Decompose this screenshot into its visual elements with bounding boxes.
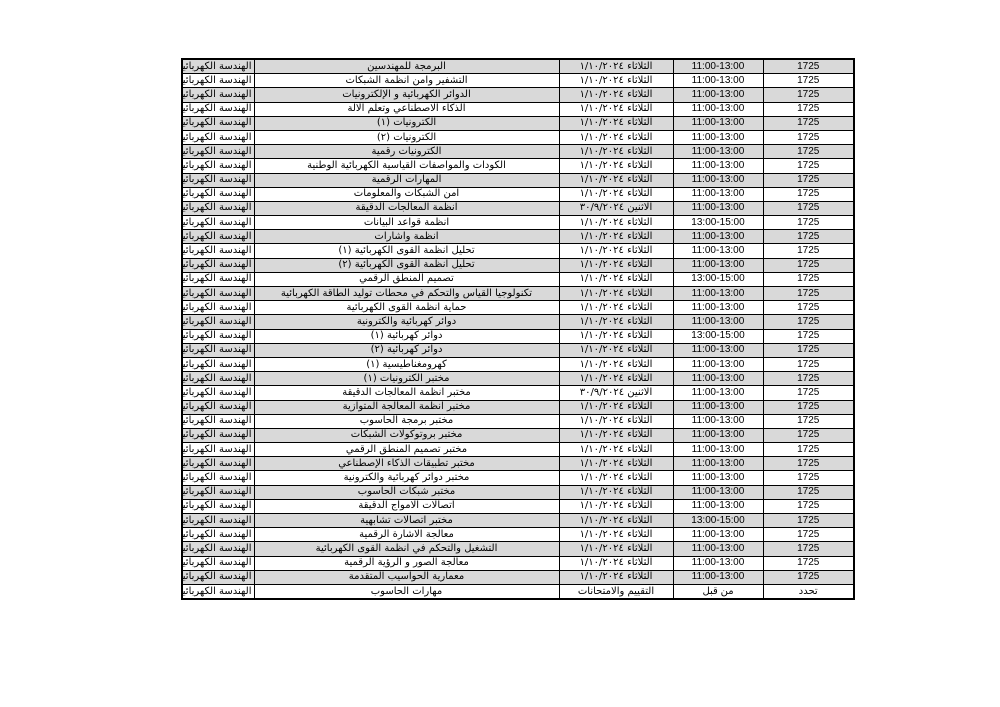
- table-row: الهندسة الكهربائيةمختبر بروتوكولات الشبك…: [182, 428, 854, 442]
- cell-exam-date: الثلاثاء ١/١٠/٢٠٢٤: [559, 145, 673, 159]
- cell-course-name: تحليل انظمة القوى الكهربائية (١): [254, 244, 559, 258]
- cell-exam-time: 11:00-13:00: [673, 428, 763, 442]
- cell-room-number: 1725: [763, 258, 854, 272]
- cell-exam-time: 11:00-13:00: [673, 102, 763, 116]
- cell-exam-time: 11:00-13:00: [673, 159, 763, 173]
- table-row: الهندسة الكهربائيةمختبر اتصالات تشابهيةا…: [182, 514, 854, 528]
- cell-course-name: معالجة الاشارة الرقمية: [254, 528, 559, 542]
- table-row: الهندسة الكهربائيةالكترونيات (٢)الثلاثاء…: [182, 130, 854, 144]
- table-row: الهندسة الكهربائيةمختبر الكترونيات (١)ال…: [182, 372, 854, 386]
- cell-room-number: 1725: [763, 329, 854, 343]
- document-page: الهندسة الكهربائيةالبرمجة للمهندسينالثلا…: [0, 0, 1000, 707]
- cell-room-number: 1725: [763, 130, 854, 144]
- cell-exam-date: الثلاثاء ١/١٠/٢٠٢٤: [559, 74, 673, 88]
- cell-course-name: انظمة واشارات: [254, 230, 559, 244]
- cell-course-name: المهارات الرقمية: [254, 173, 559, 187]
- table-row: الهندسة الكهربائيةالمهارات الرقميةالثلاث…: [182, 173, 854, 187]
- cell-department: الهندسة الكهربائية: [182, 457, 254, 471]
- cell-exam-date: الثلاثاء ١/١٠/٢٠٢٤: [559, 287, 673, 301]
- cell-department: الهندسة الكهربائية: [182, 287, 254, 301]
- cell-exam-date: الثلاثاء ١/١٠/٢٠٢٤: [559, 514, 673, 528]
- cell-course-name: مهارات الحاسوب: [254, 584, 559, 599]
- cell-exam-date: الاثنين ٣٠/٩/٢٠٢٤: [559, 201, 673, 215]
- table-row: الهندسة الكهربائيةمختبر تصميم المنطق الر…: [182, 443, 854, 457]
- cell-department: الهندسة الكهربائية: [182, 88, 254, 102]
- schedule-body: الهندسة الكهربائيةالبرمجة للمهندسينالثلا…: [182, 59, 854, 599]
- cell-department: الهندسة الكهربائية: [182, 386, 254, 400]
- cell-exam-date: الثلاثاء ١/١٠/٢٠٢٤: [559, 343, 673, 357]
- cell-room-number: 1725: [763, 187, 854, 201]
- exam-schedule-table: الهندسة الكهربائيةالبرمجة للمهندسينالثلا…: [181, 58, 855, 600]
- cell-exam-date: الثلاثاء ١/١٠/٢٠٢٤: [559, 244, 673, 258]
- cell-room-number: 1725: [763, 428, 854, 442]
- cell-exam-time: 11:00-13:00: [673, 244, 763, 258]
- table-row: الهندسة الكهربائيةانظمة واشاراتالثلاثاء …: [182, 230, 854, 244]
- cell-exam-time: 11:00-13:00: [673, 485, 763, 499]
- cell-exam-date: الثلاثاء ١/١٠/٢٠٢٤: [559, 329, 673, 343]
- table-row: الهندسة الكهربائيةدوائر كهربائية والكترو…: [182, 315, 854, 329]
- table-row: الهندسة الكهربائيةالكترونيات رقميةالثلاث…: [182, 145, 854, 159]
- cell-exam-date: الاثنين ٣٠/٩/٢٠٢٤: [559, 386, 673, 400]
- table-row: الهندسة الكهربائيةمختبر برمجة الحاسوبالث…: [182, 414, 854, 428]
- cell-exam-date: الثلاثاء ١/١٠/٢٠٢٤: [559, 372, 673, 386]
- cell-room-number: 1725: [763, 556, 854, 570]
- cell-course-name: مختبر تصميم المنطق الرقمي: [254, 443, 559, 457]
- cell-exam-date: الثلاثاء ١/١٠/٢٠٢٤: [559, 59, 673, 74]
- cell-room-number: 1725: [763, 485, 854, 499]
- cell-room-number: 1725: [763, 173, 854, 187]
- cell-department: الهندسة الكهربائية: [182, 528, 254, 542]
- cell-room-number: 1725: [763, 159, 854, 173]
- cell-course-name: كهرومغناطيسية (١): [254, 357, 559, 371]
- cell-course-name: مختبر انظمة المعالجة المتوازية: [254, 400, 559, 414]
- table-row: الهندسة الكهربائيةتحليل انظمة القوى الكه…: [182, 244, 854, 258]
- cell-department: الهندسة الكهربائية: [182, 187, 254, 201]
- cell-exam-time: 11:00-13:00: [673, 386, 763, 400]
- cell-exam-time: 11:00-13:00: [673, 130, 763, 144]
- cell-room-number: 1725: [763, 570, 854, 584]
- table-row: الهندسة الكهربائيةالذكاء الاصطناعي وتعلم…: [182, 102, 854, 116]
- cell-exam-time: 11:00-13:00: [673, 201, 763, 215]
- cell-department: الهندسة الكهربائية: [182, 471, 254, 485]
- cell-room-number: 1725: [763, 443, 854, 457]
- cell-exam-date: الثلاثاء ١/١٠/٢٠٢٤: [559, 258, 673, 272]
- cell-department: الهندسة الكهربائية: [182, 230, 254, 244]
- cell-room-number: 1725: [763, 414, 854, 428]
- cell-exam-time: 11:00-13:00: [673, 173, 763, 187]
- cell-room-number: 1725: [763, 372, 854, 386]
- cell-department: الهندسة الكهربائية: [182, 329, 254, 343]
- table-row: الهندسة الكهربائيةمعمارية الحواسيب المتق…: [182, 570, 854, 584]
- cell-exam-date: الثلاثاء ١/١٠/٢٠٢٤: [559, 102, 673, 116]
- cell-exam-date: الثلاثاء ١/١٠/٢٠٢٤: [559, 471, 673, 485]
- cell-course-name: انظمة المعالجات الدقيقة: [254, 201, 559, 215]
- cell-room-number: 1725: [763, 201, 854, 215]
- table-row: الهندسة الكهربائيةتحليل انظمة القوى الكه…: [182, 258, 854, 272]
- cell-exam-date: الثلاثاء ١/١٠/٢٠٢٤: [559, 570, 673, 584]
- table-row: الهندسة الكهربائيةتصميم المنطق الرقميالث…: [182, 272, 854, 286]
- cell-course-name: اتصالات الامواج الدقيقة: [254, 499, 559, 513]
- cell-course-name: الكترونيات رقمية: [254, 145, 559, 159]
- cell-department: الهندسة الكهربائية: [182, 414, 254, 428]
- cell-exam-date: الثلاثاء ١/١٠/٢٠٢٤: [559, 542, 673, 556]
- cell-room-number: 1725: [763, 343, 854, 357]
- cell-course-name: التشفير وامن انظمة الشبكات: [254, 74, 559, 88]
- cell-department: الهندسة الكهربائية: [182, 343, 254, 357]
- cell-exam-time: 13:00-15:00: [673, 329, 763, 343]
- table-row: الهندسة الكهربائيةكهرومغناطيسية (١)الثلا…: [182, 357, 854, 371]
- cell-exam-date: الثلاثاء ١/١٠/٢٠٢٤: [559, 130, 673, 144]
- table-row: الهندسة الكهربائيةمختبر انظمة المعالجات …: [182, 386, 854, 400]
- cell-exam-date: الثلاثاء ١/١٠/٢٠٢٤: [559, 173, 673, 187]
- table-row: الهندسة الكهربائيةالدوائر الكهربائية و ا…: [182, 88, 854, 102]
- cell-department: الهندسة الكهربائية: [182, 301, 254, 315]
- cell-department: الهندسة الكهربائية: [182, 443, 254, 457]
- table-row: الهندسة الكهربائيةحماية انظمة القوى الكه…: [182, 301, 854, 315]
- cell-exam-time: 11:00-13:00: [673, 187, 763, 201]
- cell-exam-time: 11:00-13:00: [673, 230, 763, 244]
- cell-department: الهندسة الكهربائية: [182, 584, 254, 599]
- cell-exam-time: 11:00-13:00: [673, 343, 763, 357]
- cell-room-number: 1725: [763, 88, 854, 102]
- cell-course-name: الكترونيات (٢): [254, 130, 559, 144]
- cell-course-name: دوائر كهربائية والكترونية: [254, 315, 559, 329]
- cell-exam-date: الثلاثاء ١/١٠/٢٠٢٤: [559, 528, 673, 542]
- cell-exam-time: 11:00-13:00: [673, 570, 763, 584]
- cell-room-number: 1725: [763, 457, 854, 471]
- table-row: الهندسة الكهربائيةمختبر تطبيقات الذكاء ا…: [182, 457, 854, 471]
- cell-room-number: 1725: [763, 145, 854, 159]
- cell-department: الهندسة الكهربائية: [182, 485, 254, 499]
- cell-room-number: 1725: [763, 499, 854, 513]
- cell-room-number: 1725: [763, 59, 854, 74]
- cell-department: الهندسة الكهربائية: [182, 514, 254, 528]
- cell-room-number: 1725: [763, 357, 854, 371]
- cell-exam-time: 11:00-13:00: [673, 443, 763, 457]
- cell-room-number: 1725: [763, 287, 854, 301]
- table-row: الهندسة الكهربائيةالكودات والمواصفات الق…: [182, 159, 854, 173]
- cell-room-number: 1725: [763, 230, 854, 244]
- cell-course-name: مختبر بروتوكولات الشبكات: [254, 428, 559, 442]
- cell-room-number: 1725: [763, 315, 854, 329]
- cell-exam-time: 13:00-15:00: [673, 514, 763, 528]
- cell-department: الهندسة الكهربائية: [182, 258, 254, 272]
- cell-exam-time: 11:00-13:00: [673, 499, 763, 513]
- cell-exam-time: 11:00-13:00: [673, 457, 763, 471]
- cell-exam-date: الثلاثاء ١/١٠/٢٠٢٤: [559, 230, 673, 244]
- cell-exam-date: الثلاثاء ١/١٠/٢٠٢٤: [559, 159, 673, 173]
- cell-exam-date: الثلاثاء ١/١٠/٢٠٢٤: [559, 457, 673, 471]
- cell-exam-time: 11:00-13:00: [673, 528, 763, 542]
- cell-room-number: 1725: [763, 272, 854, 286]
- cell-exam-time: 11:00-13:00: [673, 145, 763, 159]
- cell-course-name: امن الشبكات والمعلومات: [254, 187, 559, 201]
- cell-exam-time: 11:00-13:00: [673, 59, 763, 74]
- cell-exam-date: الثلاثاء ١/١٠/٢٠٢٤: [559, 443, 673, 457]
- cell-department: الهندسة الكهربائية: [182, 201, 254, 215]
- cell-exam-date: الثلاثاء ١/١٠/٢٠٢٤: [559, 116, 673, 130]
- cell-department: الهندسة الكهربائية: [182, 145, 254, 159]
- cell-department: الهندسة الكهربائية: [182, 428, 254, 442]
- cell-room-number: تحدد: [763, 584, 854, 599]
- cell-course-name: مختبر اتصالات تشابهية: [254, 514, 559, 528]
- cell-room-number: 1725: [763, 216, 854, 230]
- cell-department: الهندسة الكهربائية: [182, 173, 254, 187]
- cell-course-name: تصميم المنطق الرقمي: [254, 272, 559, 286]
- cell-course-name: الكودات والمواصفات القياسية الكهربائية ا…: [254, 159, 559, 173]
- table-row: الهندسة الكهربائيةمختبر انظمة المعالجة ا…: [182, 400, 854, 414]
- table-row: الهندسة الكهربائيةمختبر شبكات الحاسوبالث…: [182, 485, 854, 499]
- cell-course-name: تكنولوجيا القياس والتحكم في محطات توليد …: [254, 287, 559, 301]
- cell-exam-date: الثلاثاء ١/١٠/٢٠٢٤: [559, 272, 673, 286]
- cell-exam-date: الثلاثاء ١/١٠/٢٠٢٤: [559, 88, 673, 102]
- cell-course-name: الذكاء الاصطناعي وتعلم الالة: [254, 102, 559, 116]
- cell-exam-date: الثلاثاء ١/١٠/٢٠٢٤: [559, 428, 673, 442]
- table-row: الهندسة الكهربائيةمعالجة الاشارة الرقمية…: [182, 528, 854, 542]
- table-row: الهندسة الكهربائيةمعالجة الصور و الرؤية …: [182, 556, 854, 570]
- table-row: الهندسة الكهربائيةالبرمجة للمهندسينالثلا…: [182, 59, 854, 74]
- cell-department: الهندسة الكهربائية: [182, 272, 254, 286]
- table-row: الهندسة الكهربائيةمهارات الحاسوبالتقييم …: [182, 584, 854, 599]
- cell-department: الهندسة الكهربائية: [182, 216, 254, 230]
- cell-course-name: دوائر كهربائية (٢): [254, 343, 559, 357]
- cell-department: الهندسة الكهربائية: [182, 130, 254, 144]
- cell-exam-date: الثلاثاء ١/١٠/٢٠٢٤: [559, 315, 673, 329]
- cell-course-name: التشغيل والتحكم في انظمة القوى الكهربائي…: [254, 542, 559, 556]
- cell-exam-date: التقييم والامتحانات: [559, 584, 673, 599]
- cell-exam-time: 11:00-13:00: [673, 372, 763, 386]
- cell-room-number: 1725: [763, 400, 854, 414]
- cell-room-number: 1725: [763, 116, 854, 130]
- cell-exam-time: 13:00-15:00: [673, 272, 763, 286]
- cell-department: الهندسة الكهربائية: [182, 556, 254, 570]
- cell-exam-time: 11:00-13:00: [673, 315, 763, 329]
- cell-course-name: معمارية الحواسيب المتقدمة: [254, 570, 559, 584]
- cell-course-name: انظمة قواعد البيانات: [254, 216, 559, 230]
- cell-course-name: مختبر دوائر كهربائية والكترونية: [254, 471, 559, 485]
- cell-exam-time: 11:00-13:00: [673, 74, 763, 88]
- cell-course-name: حماية انظمة القوى الكهربائية: [254, 301, 559, 315]
- cell-exam-time: 11:00-13:00: [673, 542, 763, 556]
- table-row: الهندسة الكهربائيةمختبر دوائر كهربائية و…: [182, 471, 854, 485]
- cell-exam-time: 11:00-13:00: [673, 287, 763, 301]
- cell-department: الهندسة الكهربائية: [182, 244, 254, 258]
- cell-exam-date: الثلاثاء ١/١٠/٢٠٢٤: [559, 556, 673, 570]
- cell-room-number: 1725: [763, 542, 854, 556]
- cell-exam-time: 11:00-13:00: [673, 258, 763, 272]
- cell-department: الهندسة الكهربائية: [182, 372, 254, 386]
- cell-room-number: 1725: [763, 514, 854, 528]
- cell-room-number: 1725: [763, 102, 854, 116]
- table-row: الهندسة الكهربائيةتكنولوجيا القياس والتح…: [182, 287, 854, 301]
- cell-exam-time: 11:00-13:00: [673, 471, 763, 485]
- cell-exam-time: 13:00-15:00: [673, 216, 763, 230]
- cell-department: الهندسة الكهربائية: [182, 542, 254, 556]
- cell-room-number: 1725: [763, 528, 854, 542]
- cell-exam-date: الثلاثاء ١/١٠/٢٠٢٤: [559, 400, 673, 414]
- cell-room-number: 1725: [763, 301, 854, 315]
- cell-exam-time: 11:00-13:00: [673, 116, 763, 130]
- cell-course-name: دوائر كهربائية (١): [254, 329, 559, 343]
- table-row: الهندسة الكهربائيةامن الشبكات والمعلومات…: [182, 187, 854, 201]
- cell-exam-time: 11:00-13:00: [673, 301, 763, 315]
- cell-course-name: مختبر برمجة الحاسوب: [254, 414, 559, 428]
- cell-course-name: الدوائر الكهربائية و الإلكترونيات: [254, 88, 559, 102]
- cell-department: الهندسة الكهربائية: [182, 116, 254, 130]
- cell-exam-time: من قبل: [673, 584, 763, 599]
- cell-department: الهندسة الكهربائية: [182, 315, 254, 329]
- table-row: الهندسة الكهربائيةالتشغيل والتحكم في انظ…: [182, 542, 854, 556]
- cell-department: الهندسة الكهربائية: [182, 59, 254, 74]
- cell-exam-time: 11:00-13:00: [673, 414, 763, 428]
- cell-course-name: البرمجة للمهندسين: [254, 59, 559, 74]
- cell-exam-date: الثلاثاء ١/١٠/٢٠٢٤: [559, 499, 673, 513]
- cell-exam-date: الثلاثاء ١/١٠/٢٠٢٤: [559, 301, 673, 315]
- table-row: الهندسة الكهربائيةدوائر كهربائية (٢)الثل…: [182, 343, 854, 357]
- cell-exam-time: 11:00-13:00: [673, 357, 763, 371]
- cell-exam-time: 11:00-13:00: [673, 88, 763, 102]
- cell-exam-date: الثلاثاء ١/١٠/٢٠٢٤: [559, 216, 673, 230]
- cell-exam-date: الثلاثاء ١/١٠/٢٠٢٤: [559, 414, 673, 428]
- cell-department: الهندسة الكهربائية: [182, 357, 254, 371]
- cell-department: الهندسة الكهربائية: [182, 159, 254, 173]
- cell-exam-time: 11:00-13:00: [673, 400, 763, 414]
- cell-room-number: 1725: [763, 74, 854, 88]
- table-row: الهندسة الكهربائيةانظمة قواعد البياناتال…: [182, 216, 854, 230]
- cell-department: الهندسة الكهربائية: [182, 570, 254, 584]
- cell-department: الهندسة الكهربائية: [182, 499, 254, 513]
- cell-course-name: تحليل انظمة القوى الكهربائية (٢): [254, 258, 559, 272]
- cell-room-number: 1725: [763, 244, 854, 258]
- cell-course-name: مختبر شبكات الحاسوب: [254, 485, 559, 499]
- cell-department: الهندسة الكهربائية: [182, 102, 254, 116]
- cell-course-name: معالجة الصور و الرؤية الرقمية: [254, 556, 559, 570]
- cell-course-name: مختبر انظمة المعالجات الدقيقة: [254, 386, 559, 400]
- table-row: الهندسة الكهربائيةانظمة المعالجات الدقيق…: [182, 201, 854, 215]
- cell-exam-date: الثلاثاء ١/١٠/٢٠٢٤: [559, 485, 673, 499]
- cell-room-number: 1725: [763, 386, 854, 400]
- cell-course-name: مختبر الكترونيات (١): [254, 372, 559, 386]
- table-row: الهندسة الكهربائيةالتشفير وامن انظمة الش…: [182, 74, 854, 88]
- cell-department: الهندسة الكهربائية: [182, 400, 254, 414]
- table-row: الهندسة الكهربائيةدوائر كهربائية (١)الثل…: [182, 329, 854, 343]
- cell-room-number: 1725: [763, 471, 854, 485]
- cell-course-name: الكترونيات (١): [254, 116, 559, 130]
- cell-course-name: مختبر تطبيقات الذكاء الإصطناعي: [254, 457, 559, 471]
- table-row: الهندسة الكهربائيةاتصالات الامواج الدقيق…: [182, 499, 854, 513]
- cell-department: الهندسة الكهربائية: [182, 74, 254, 88]
- cell-exam-time: 11:00-13:00: [673, 556, 763, 570]
- table-row: الهندسة الكهربائيةالكترونيات (١)الثلاثاء…: [182, 116, 854, 130]
- cell-exam-date: الثلاثاء ١/١٠/٢٠٢٤: [559, 187, 673, 201]
- cell-exam-date: الثلاثاء ١/١٠/٢٠٢٤: [559, 357, 673, 371]
